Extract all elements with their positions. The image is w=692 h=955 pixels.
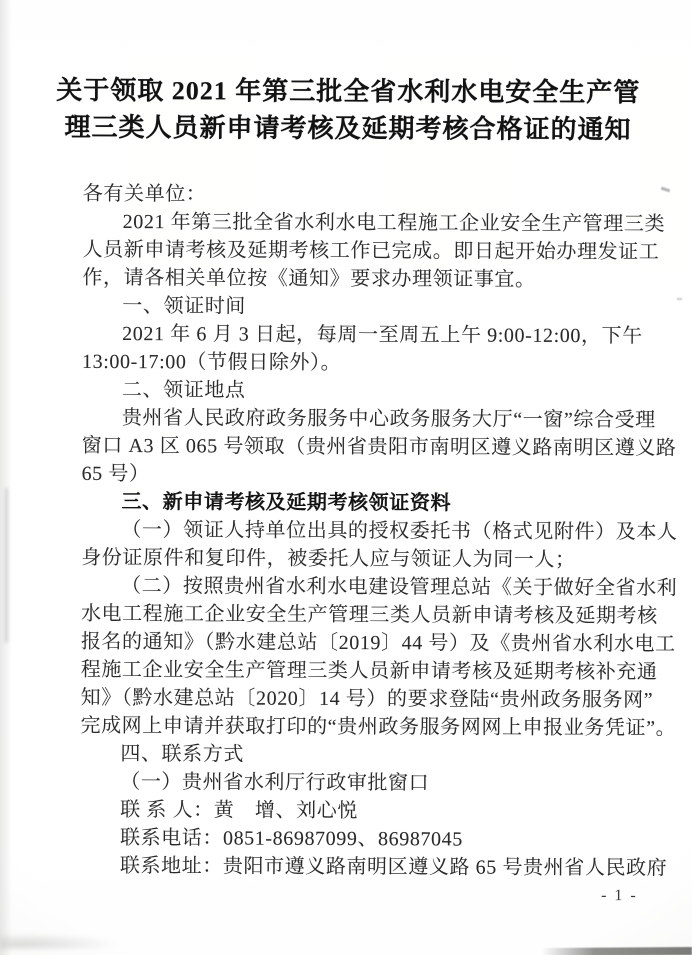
text-line: 窗口 A3 区 065 号领取（贵州省贵阳市南明区遵义路南明区遵义路 — [82, 432, 654, 462]
text-line: 65 号） — [82, 460, 654, 490]
text-line: 贵州省人民政府政务服务中心政务服务大厅“一窗”综合受理 — [82, 404, 654, 434]
text-line: 各有关单位： — [83, 180, 655, 210]
scan-artifact-dash — [677, 298, 682, 300]
text-line: 2021 年第三批全省水利水电工程施工企业安全生产管理三类 — [83, 208, 655, 238]
text-line: 四、联系方式 — [80, 740, 652, 770]
document-body: 各有关单位：2021 年第三批全省水利水电工程施工企业安全生产管理三类人员新申请… — [80, 180, 655, 882]
text-line: 作，请各相关单位按《通知》要求办理领证事宜。 — [82, 264, 654, 294]
text-line: 联系地址：贵阳市遵义路南明区遵义路 65 号贵州省人民政府 — [80, 852, 652, 882]
page-number: - 1 - — [601, 887, 638, 905]
scan-edge-shadow-bottom-right — [542, 947, 692, 955]
text-line: 一、领证时间 — [82, 292, 654, 322]
scan-artifact-blob — [0, 933, 120, 949]
text-line: 二、领证地点 — [82, 376, 654, 406]
text-line: （一）领证人持单位出具的授权委托书（格式见附件）及本人 — [81, 516, 653, 546]
text-line: （一）贵州省水利厅行政审批窗口 — [80, 768, 652, 798]
text-line: 完成网上申请并获取打印的“贵州政务服务网网上申报业务凭证”。 — [80, 712, 652, 742]
text-line: 知》（黔水建总站〔2020〕14 号）的要求登陆“贵州政务服务网” — [81, 684, 653, 714]
text-line: 2021 年 6 月 3 日起，每周一至周五上午 9:00-12:00，下午 — [82, 320, 654, 350]
text-line: 身份证原件和复印件，被委托人应与领证人为同一人； — [81, 544, 653, 574]
title-line-2: 理三类人员新申请考核及延期考核合格证的通知 — [65, 113, 632, 144]
text-line: 程施工企业安全生产管理三类人员新申请考核及延期考核补充通 — [81, 656, 653, 686]
text-line: 13:00-17:00（节假日除外）。 — [82, 348, 654, 378]
scan-artifact-streak — [5, 488, 8, 643]
text-line: （二）按照贵州省水利水电建设管理总站《关于做好全省水利 — [81, 572, 653, 602]
text-line: 三、新申请考核及延期考核领证资料 — [81, 488, 653, 518]
text-line: 水电工程施工企业安全生产管理三类人员新申请考核及延期考核 — [81, 600, 653, 630]
text-line: 报名的通知》（黔水建总站〔2019〕44 号）及《贵州省水利水电工 — [81, 628, 653, 658]
scanned-page: 关于领取 2021 年第三批全省水利水电安全生产管 理三类人员新申请考核及延期考… — [0, 0, 692, 955]
scan-tilt-wrapper: 关于领取 2021 年第三批全省水利水电安全生产管 理三类人员新申请考核及延期考… — [0, 0, 692, 955]
text-line: 联系电话：0851-86987099、86987045 — [80, 824, 652, 854]
document-title: 关于领取 2021 年第三批全省水利水电安全生产管 理三类人员新申请考核及延期考… — [1, 0, 692, 149]
text-line: 人员新申请考核及延期考核工作已完成。即日起开始办理发证工 — [83, 236, 655, 266]
title-line-1: 关于领取 2021 年第三批全省水利水电安全生产管 — [56, 76, 640, 108]
text-line: 联 系 人：黄 增、刘心悦 — [80, 796, 652, 826]
